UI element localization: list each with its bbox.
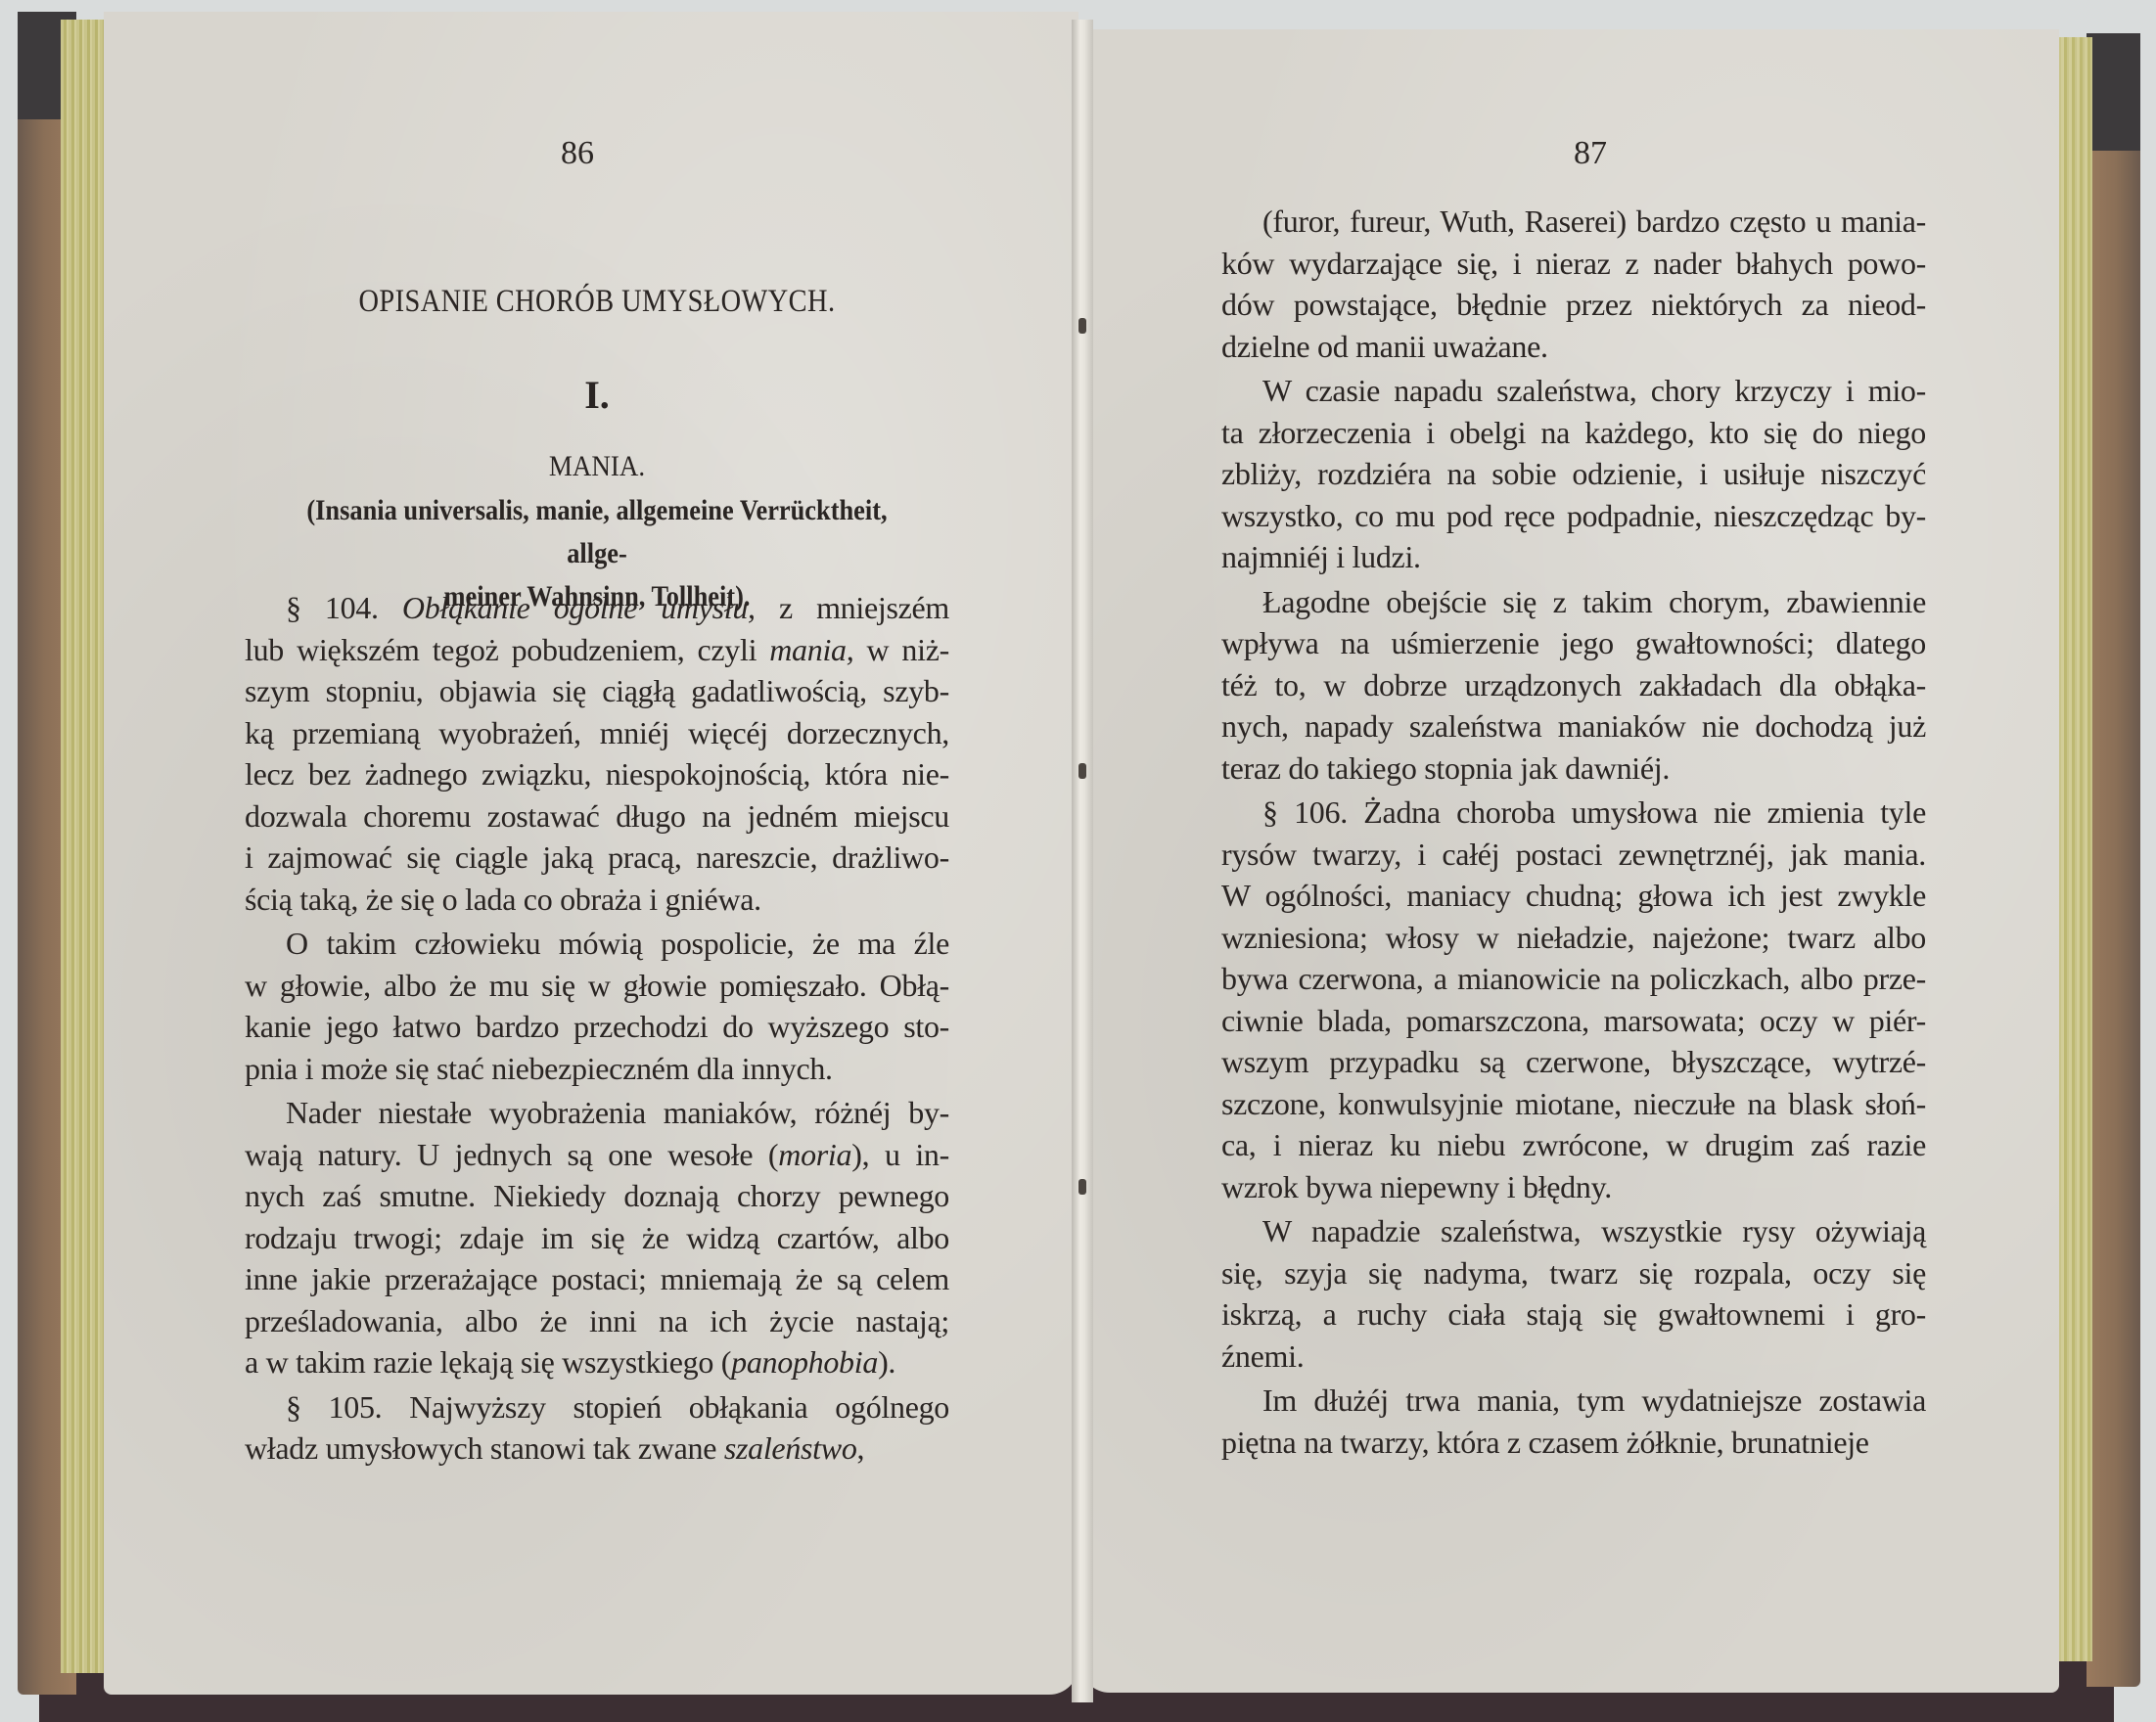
text-line: W ogólności, maniacy chudną; głowa ich j… bbox=[1221, 875, 1926, 917]
text-line: zbliży, rozdziéra na sobie odzienie, i u… bbox=[1221, 453, 1926, 495]
binding-stitch bbox=[1078, 763, 1086, 779]
text-line: § 106. Żadna choroba umysłowa nie zmieni… bbox=[1221, 792, 1926, 834]
text-line: wają natury. U jednych są one wesołe (mo… bbox=[245, 1134, 949, 1176]
italic-term: Obłąkanie ogólne umysłu, bbox=[402, 590, 756, 625]
binding-stitch bbox=[1078, 318, 1086, 334]
text-line: ką przemianą wyobrażeń, mniéj więcéj dor… bbox=[245, 712, 949, 754]
chapter-title: MANIA. bbox=[280, 450, 914, 483]
text-line: kanie jego łatwo bardzo przechodzi do wy… bbox=[245, 1006, 949, 1048]
text-line: wszym przypadku są czerwone, błyszczące,… bbox=[1221, 1041, 1926, 1083]
italic-term: moria bbox=[778, 1137, 851, 1172]
text-line: a w takim razie lękają się wszystkiego (… bbox=[245, 1341, 949, 1383]
text-line: najmniéj i ludzi. bbox=[1221, 536, 1926, 578]
paragraph: Nader niestałe wyobrażenia maniaków, róż… bbox=[245, 1092, 949, 1383]
text-line: Nader niestałe wyobrażenia maniaków, róż… bbox=[245, 1092, 949, 1134]
text-line: wpływa na uśmierzenie jego gwałtowności;… bbox=[1221, 622, 1926, 664]
page-number-left: 86 bbox=[480, 135, 675, 172]
text-line: iskrzą, a ruchy ciała stają się gwałtown… bbox=[1221, 1293, 1926, 1336]
paragraph: § 105. Najwyższy stopień obłąkania ogóln… bbox=[245, 1386, 949, 1470]
text-line: (furor, fureur, Wuth, Raserei) bardzo cz… bbox=[1221, 201, 1926, 243]
cover-corner bbox=[2087, 33, 2140, 151]
italic-term: panophobia bbox=[731, 1344, 878, 1380]
italic-term: szaleństwo bbox=[724, 1430, 857, 1466]
synonyms-line: (Insania universalis, manie, allgemeine … bbox=[287, 489, 907, 575]
text-line: dzielne od manii uważane. bbox=[1221, 326, 1926, 368]
binding-stitch bbox=[1078, 1179, 1086, 1195]
book-cover-right bbox=[2087, 33, 2140, 1687]
text-line: Łagodne obejście się z takim chorym, zba… bbox=[1221, 581, 1926, 623]
text-line: wszystko, co mu pod ręce podpadnie, nies… bbox=[1221, 495, 1926, 537]
text-line: téż to, w dobrze urządzonych zakładach d… bbox=[1221, 664, 1926, 706]
paragraph: Im dłużéj trwa mania, tym wydatniejsze z… bbox=[1221, 1380, 1926, 1463]
paragraph: § 106. Żadna choroba umysłowa nie zmieni… bbox=[1221, 792, 1926, 1207]
text-line: ków wydarzające się, i nieraz z nader bł… bbox=[1221, 243, 1926, 285]
text-line: władz umysłowych stanowi tak zwane szale… bbox=[245, 1427, 949, 1470]
text-line: teraz do takiego stopnia jak dawniéj. bbox=[1221, 748, 1926, 790]
chapter-number: I. bbox=[245, 372, 949, 418]
book-gutter bbox=[1072, 20, 1093, 1702]
paragraph: W czasie napadu szaleństwa, chory krzycz… bbox=[1221, 370, 1926, 578]
section-title: OPISANIE CHORÓB UMYSŁOWYCH. bbox=[294, 284, 899, 320]
paragraph: § 104. Obłąkanie ogólne umysłu, z mniejs… bbox=[245, 587, 949, 920]
text-line: rodzaju trwogi; zdaje im się że widzą cz… bbox=[245, 1217, 949, 1259]
page-edges-left bbox=[61, 20, 105, 1673]
left-page-body: § 104. Obłąkanie ogólne umysłu, z mniejs… bbox=[245, 587, 949, 1470]
text-line: rysów twarzy, i całéj postaci zewnętrzné… bbox=[1221, 834, 1926, 876]
text-line: dów powstające, błędnie przez niektórych… bbox=[1221, 284, 1926, 326]
text-line: § 105. Najwyższy stopień obłąkania ogóln… bbox=[245, 1386, 949, 1428]
text-line: się, szyja się nadyma, twarz się rozpala… bbox=[1221, 1252, 1926, 1294]
text-line: wzrok bywa niepewny i błędny. bbox=[1221, 1166, 1926, 1208]
paragraph: O takim człowieku mówią pospolicie, że m… bbox=[245, 923, 949, 1089]
text-line: nych, napady szaleństwa maniaków nie doc… bbox=[1221, 705, 1926, 748]
text-line: ca, i nieraz ku niebu zwrócone, w drugim… bbox=[1221, 1124, 1926, 1166]
text-line: lub większém tegoż pobudzeniem, czyli ma… bbox=[245, 629, 949, 671]
right-page-body: (furor, fureur, Wuth, Raserei) bardzo cz… bbox=[1221, 201, 1926, 1463]
text-line: Im dłużéj trwa mania, tym wydatniejsze z… bbox=[1221, 1380, 1926, 1422]
text-line: w głowie, albo że mu się w głowie pomięs… bbox=[245, 965, 949, 1007]
text-line: W czasie napadu szaleństwa, chory krzycz… bbox=[1221, 370, 1926, 412]
text-line: piętna na twarzy, która z czasem żółknie… bbox=[1221, 1422, 1926, 1464]
paragraph: W napadzie szaleństwa, wszystkie rysy oż… bbox=[1221, 1210, 1926, 1377]
text-line: lecz bez żadnego związku, niespokojności… bbox=[245, 753, 949, 795]
text-line: szym stopniu, objawia się ciągłą gadatli… bbox=[245, 670, 949, 712]
text-line: inne jakie przerażające postaci; mniemaj… bbox=[245, 1258, 949, 1300]
text-line: nych zaś smutne. Niekiedy doznają chorzy… bbox=[245, 1175, 949, 1217]
text-line: i zajmować się ciągle jaką pracą, naresz… bbox=[245, 837, 949, 879]
text-line: pnia i może się stać niebezpieczném dla … bbox=[245, 1048, 949, 1090]
text-line: ścią taką, że się o lada co obraża i gni… bbox=[245, 879, 949, 921]
text-line: dozwala choremu zostawać długo na jedném… bbox=[245, 795, 949, 838]
text-line: wzniesiona; włosy w nieładzie, najeżone;… bbox=[1221, 917, 1926, 959]
page-number-right: 87 bbox=[1492, 135, 1688, 172]
text-line: źnemi. bbox=[1221, 1336, 1926, 1378]
text-line: § 104. Obłąkanie ogólne umysłu, z mniejs… bbox=[245, 587, 949, 629]
text-line: ciwnie blada, pomarszczona, marsowata; o… bbox=[1221, 1000, 1926, 1042]
paragraph: Łagodne obejście się z takim chorym, zba… bbox=[1221, 581, 1926, 790]
paragraph: (furor, fureur, Wuth, Raserei) bardzo cz… bbox=[1221, 201, 1926, 367]
text-line: O takim człowieku mówią pospolicie, że m… bbox=[245, 923, 949, 965]
italic-term: mania, bbox=[769, 632, 853, 667]
text-line: ta złorzeczenia i obelgi na każdego, kto… bbox=[1221, 412, 1926, 454]
text-line: szczone, konwulsyjnie miotane, nieczułe … bbox=[1221, 1083, 1926, 1125]
page-edges-right bbox=[2053, 37, 2092, 1661]
text-line: prześladowania, albo że inni na ich życi… bbox=[245, 1300, 949, 1342]
text-line: bywa czerwona, a mianowicie na policzkac… bbox=[1221, 958, 1926, 1000]
text-line: W napadzie szaleństwa, wszystkie rysy oż… bbox=[1221, 1210, 1926, 1252]
